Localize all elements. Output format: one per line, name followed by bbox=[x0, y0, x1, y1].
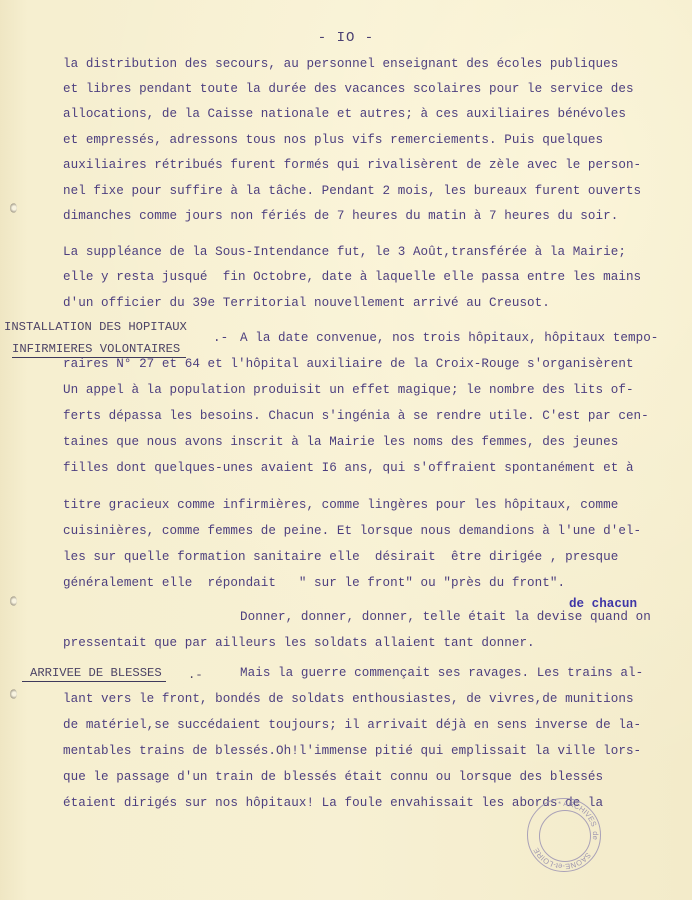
text-line: généralement elle répondait " sur le fro… bbox=[63, 576, 565, 590]
text-line: pressentait que par ailleurs les soldats… bbox=[63, 636, 535, 650]
text-line: Mais la guerre commençait ses ravages. L… bbox=[240, 666, 643, 680]
document-page: - IO - la distribution des secours, au p… bbox=[0, 0, 692, 900]
svg-text:* ARCHIVES: * ARCHIVES bbox=[558, 799, 599, 828]
punch-hole bbox=[10, 596, 17, 606]
text-line: dimanches comme jours non fériés de 7 he… bbox=[63, 209, 618, 223]
text-line: d'un officier du 39e Territorial nouvell… bbox=[63, 296, 550, 310]
page-number: - IO - bbox=[0, 30, 692, 46]
text-line: cuisinières, comme femmes de peine. Et l… bbox=[63, 524, 641, 538]
text-line: nel fixe pour suffire à la tâche. Pendan… bbox=[63, 184, 641, 198]
text-line: que le passage d'un train de blessés éta… bbox=[63, 770, 603, 784]
text-line: les sur quelle formation sanitaire elle … bbox=[63, 550, 618, 564]
heading-suffix: .- bbox=[188, 668, 203, 682]
text-line: lant vers le front, bondés de soldats en… bbox=[63, 692, 634, 706]
text-line: étaient dirigés sur nos hôpitaux! La fou… bbox=[63, 796, 603, 810]
text-line: Donner, donner, donner, telle était la d… bbox=[240, 610, 651, 624]
text-line: et empressés, adressons tous nos plus vi… bbox=[63, 133, 603, 147]
text-line: et libres pendant toute la durée des vac… bbox=[63, 82, 634, 96]
text-line: mentables trains de blessés.Oh!l'immense… bbox=[63, 744, 641, 758]
svg-text:SAONE-et-LOIRE: SAONE-et-LOIRE bbox=[532, 846, 593, 871]
archives-stamp: * ARCHIVES de SAONE-et-LOIRE bbox=[527, 798, 601, 872]
text-line: A la date convenue, nos trois hôpitaux, … bbox=[240, 331, 658, 345]
margin-heading-volunteer-nurses: INFIRMIERES VOLONTAIRES bbox=[12, 342, 186, 358]
svg-text:de: de bbox=[591, 831, 600, 840]
text-line: filles dont quelques-unes avaient I6 ans… bbox=[63, 461, 634, 475]
text-line: ferts dépassa les besoins. Chacun s'ingé… bbox=[63, 409, 649, 423]
text-line: raires N° 27 et 64 et l'hôpital auxiliai… bbox=[63, 357, 634, 371]
text-line: allocations, de la Caisse nationale et a… bbox=[63, 107, 626, 121]
text-line: titre gracieux comme infirmières, comme … bbox=[63, 498, 618, 512]
punch-hole bbox=[10, 203, 17, 213]
text-line: La suppléance de la Sous-Intendance fut,… bbox=[63, 245, 626, 259]
text-line: elle y resta jusqué fin Octobre, date à … bbox=[63, 270, 641, 284]
stamp-text-ring: * ARCHIVES de SAONE-et-LOIRE bbox=[526, 797, 602, 873]
text-line: taines que nous avons inscrit à la Mairi… bbox=[63, 435, 618, 449]
margin-heading-wounded: ARRIVEE DE BLESSES bbox=[22, 666, 166, 682]
margin-heading-hospitals: INSTALLATION DES HOPITAUX bbox=[4, 320, 187, 334]
punch-hole bbox=[10, 689, 17, 699]
text-line: auxiliaires rétribués furent formés qui … bbox=[63, 158, 641, 172]
text-line: la distribution des secours, au personne… bbox=[63, 57, 618, 71]
heading-suffix: .- bbox=[213, 331, 228, 345]
text-line: de matériel,se succédaient toujours; il … bbox=[63, 718, 641, 732]
handwritten-insertion: de chacun bbox=[569, 597, 637, 611]
text-line: Un appel à la population produisit un ef… bbox=[63, 383, 634, 397]
